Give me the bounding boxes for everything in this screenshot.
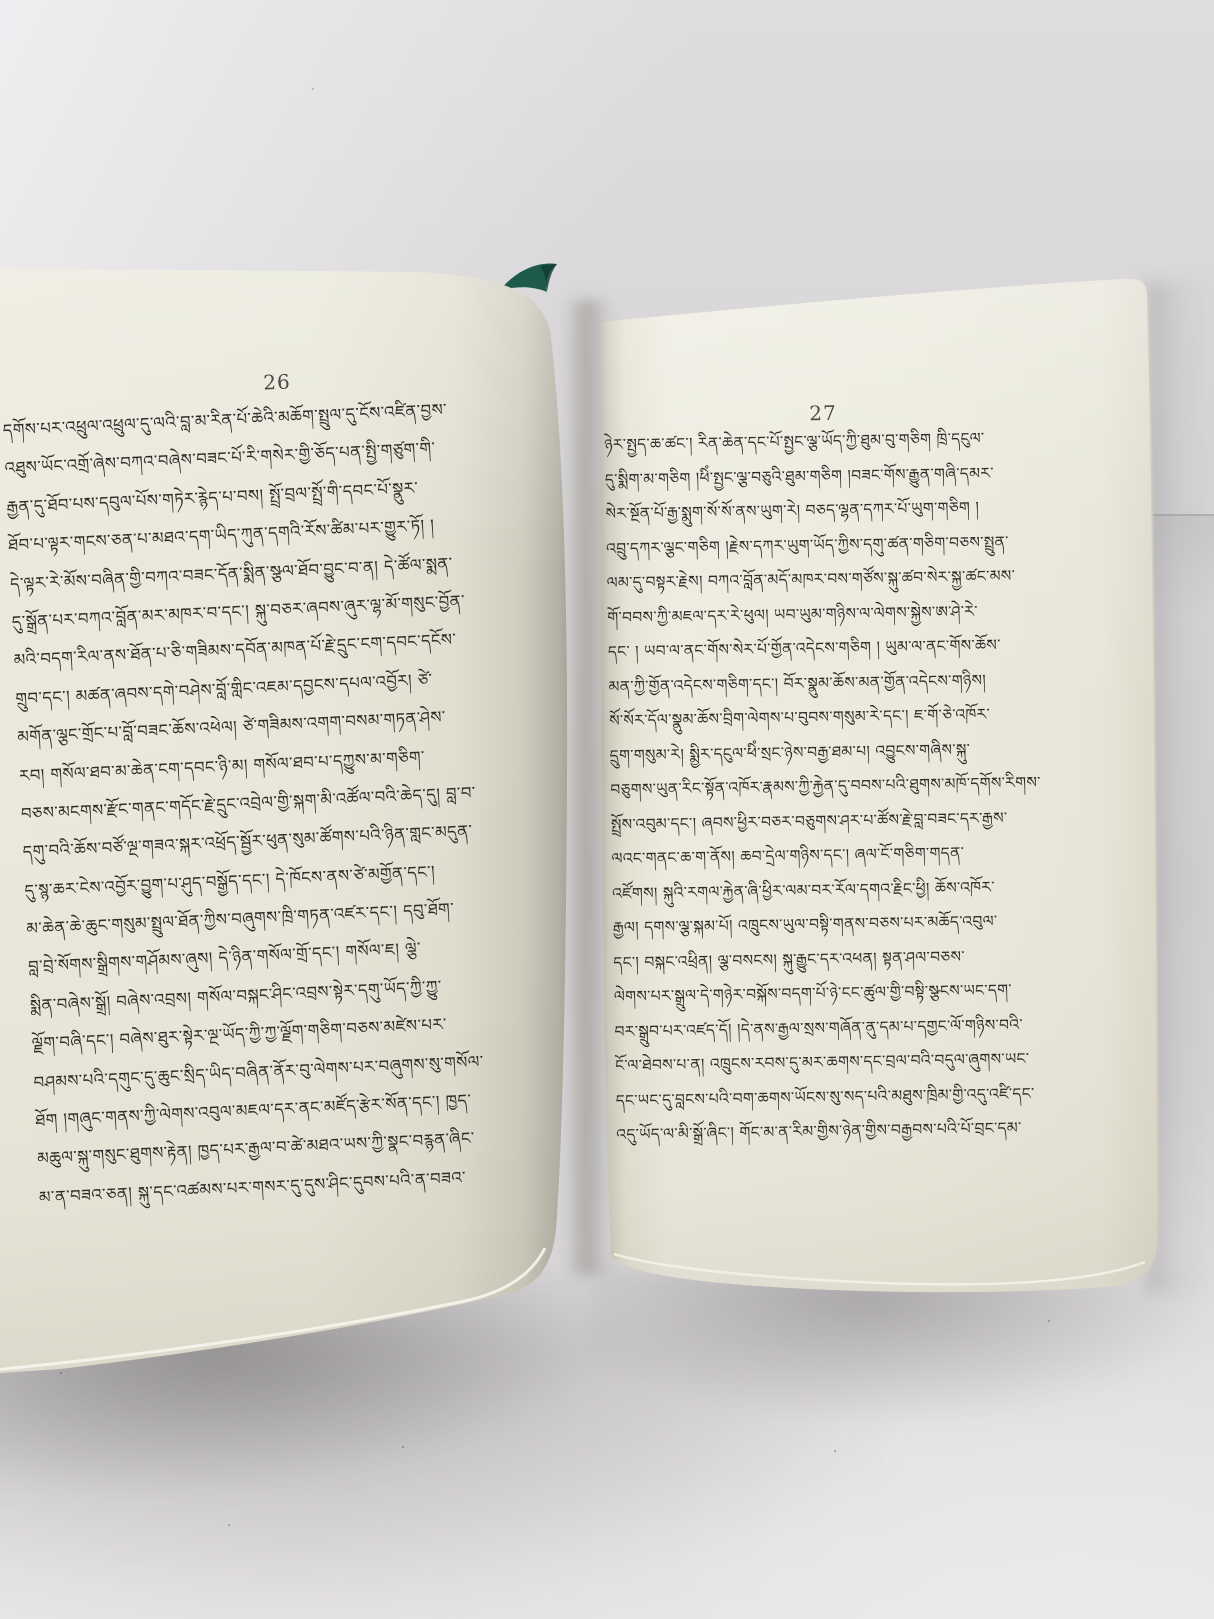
photo-open-book: 26 27 དགོས་པར་འཕྲུལ་འཕྲུལ་དུ་ལའི་བླ་མ་རི…	[0, 0, 1214, 1619]
left-page-text: དགོས་པར་འཕྲུལ་འཕྲུལ་དུ་ལའི་བླ་མ་རིན་པོ་ཆ…	[2, 386, 596, 1223]
right-page-text: ཉེར་སྤྱད་ཆ་ཚང་། རིན་ཆེན་དང་པོ་སྤྱང་ལྕ་ཡོ…	[604, 420, 1099, 1158]
page-number-left: 26	[252, 369, 303, 395]
text-line: འདུ་ཡོད་ལ་མི་སྒྲོ་ཞིང་། གོང་མ་ན་རིམ་གྱིས…	[616, 1109, 1099, 1152]
page-number-right: 27	[800, 401, 846, 426]
